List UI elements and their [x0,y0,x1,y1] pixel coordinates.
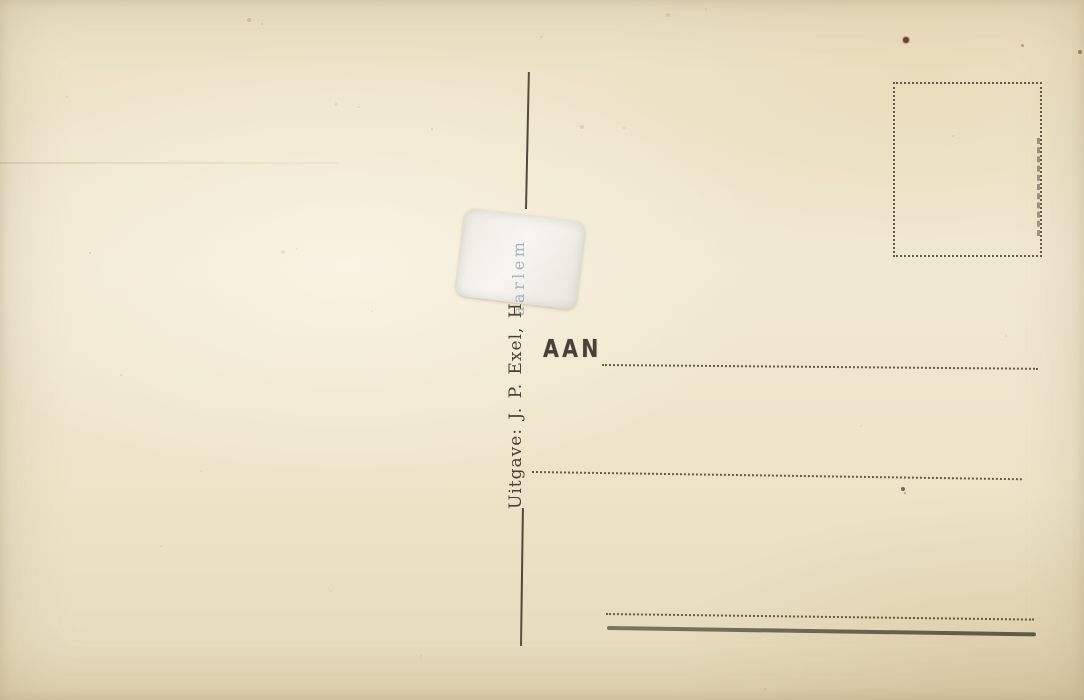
paper-crease [0,162,338,164]
bottom-rule [607,626,1036,636]
address-line-2 [532,471,1022,480]
address-line-1 [602,364,1038,370]
divider-line-lower [520,508,524,646]
paper-spot [1021,44,1024,47]
ink-spot [903,37,909,43]
paper-spot [1078,50,1082,54]
address-line-3 [606,613,1034,621]
stamp-box [893,82,1042,257]
divider-line-upper [525,72,530,209]
publisher-imprint-through-sticker: aarlem [508,239,530,316]
paper-speckles [0,0,2,2]
publisher-imprint: Uitgave: J. P. Exel, H [503,302,529,509]
paper-spot [901,487,905,491]
address-to-label: AAN [543,334,602,363]
postcard-back: Uitgave: J. P. Exel, H aarlem AAN [0,0,1084,700]
